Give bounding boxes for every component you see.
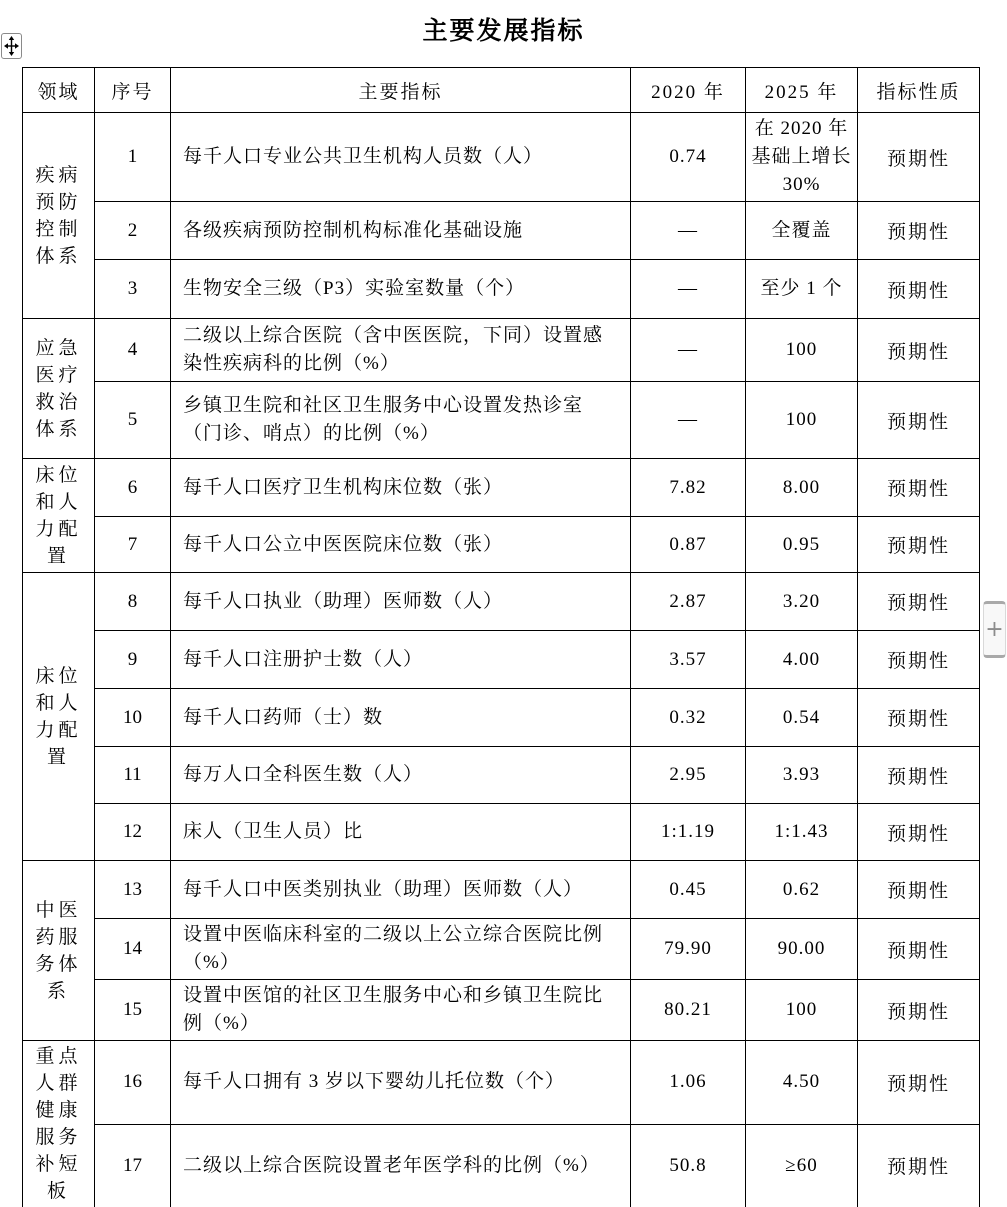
value-2020-cell: 1:1.19 [631, 804, 746, 861]
table-row: 2各级疾病预防控制机构标准化基础设施—全覆盖预期性 [23, 202, 980, 260]
value-2025-cell: 至少 1 个 [746, 260, 858, 319]
nature-cell: 预期性 [858, 517, 980, 573]
value-2020-cell: 0.45 [631, 861, 746, 919]
table-row: 14设置中医临床科室的二级以上公立综合医院比例（%）79.9090.00预期性 [23, 919, 980, 980]
table-row: 17二级以上综合医院设置老年医学科的比例（%）50.8≥60预期性 [23, 1124, 980, 1207]
value-2020-cell: — [631, 202, 746, 260]
domain-cell: 床位和人力配置 [23, 573, 95, 861]
nature-cell: 预期性 [858, 113, 980, 202]
domain-cell: 重点人群健康服务补短板 [23, 1041, 95, 1207]
table-row: 15设置中医馆的社区卫生服务中心和乡镇卫生院比例（%）80.21100预期性 [23, 980, 980, 1041]
domain-cell: 应急医疗救治体系 [23, 319, 95, 459]
indicator-cell: 生物安全三级（P3）实验室数量（个） [171, 260, 631, 319]
value-2025-cell: 100 [746, 382, 858, 459]
serial-cell: 8 [95, 573, 171, 631]
nature-cell: 预期性 [858, 202, 980, 260]
serial-cell: 15 [95, 980, 171, 1041]
header-row: 领域序号主要指标2020 年2025 年指标性质 [23, 68, 980, 113]
indicator-cell: 乡镇卫生院和社区卫生服务中心设置发热诊室（门诊、哨点）的比例（%） [171, 382, 631, 459]
indicator-cell: 每千人口执业（助理）医师数（人） [171, 573, 631, 631]
value-2025-cell: 在 2020 年基础上增长 30% [746, 113, 858, 202]
nature-cell: 预期性 [858, 919, 980, 980]
column-header: 2025 年 [746, 68, 858, 113]
value-2025-cell: 0.95 [746, 517, 858, 573]
value-2020-cell: 0.74 [631, 113, 746, 202]
serial-cell: 6 [95, 459, 171, 517]
nature-cell: 预期性 [858, 631, 980, 689]
nature-cell: 预期性 [858, 382, 980, 459]
indicator-cell: 每千人口医疗卫生机构床位数（张） [171, 459, 631, 517]
table-row: 应急医疗救治体系4二级以上综合医院（含中医医院，下同）设置感染性疾病科的比例（%… [23, 319, 980, 382]
page-title: 主要发展指标 [0, 14, 1007, 48]
table-row: 9每千人口注册护士数（人）3.574.00预期性 [23, 631, 980, 689]
indicator-cell: 每千人口中医类别执业（助理）医师数（人） [171, 861, 631, 919]
table-row: 3生物安全三级（P3）实验室数量（个）—至少 1 个预期性 [23, 260, 980, 319]
value-2025-cell: 100 [746, 319, 858, 382]
nature-cell: 预期性 [858, 689, 980, 747]
table-row: 床位和人力配置6每千人口医疗卫生机构床位数（张）7.828.00预期性 [23, 459, 980, 517]
serial-cell: 11 [95, 747, 171, 804]
serial-cell: 2 [95, 202, 171, 260]
value-2025-cell: 4.50 [746, 1041, 858, 1125]
serial-cell: 10 [95, 689, 171, 747]
indicator-cell: 二级以上综合医院（含中医医院，下同）设置感染性疾病科的比例（%） [171, 319, 631, 382]
serial-cell: 9 [95, 631, 171, 689]
column-header: 领域 [23, 68, 95, 113]
value-2020-cell: 2.87 [631, 573, 746, 631]
table-row: 12床人（卫生人员）比1:1.191:1.43预期性 [23, 804, 980, 861]
indicator-cell: 设置中医馆的社区卫生服务中心和乡镇卫生院比例（%） [171, 980, 631, 1041]
domain-cell: 疾病预防控制体系 [23, 113, 95, 319]
indicator-cell: 每万人口全科医生数（人） [171, 747, 631, 804]
value-2020-cell: — [631, 319, 746, 382]
domain-cell: 中医药服务体系 [23, 861, 95, 1041]
serial-cell: 7 [95, 517, 171, 573]
serial-cell: 4 [95, 319, 171, 382]
nature-cell: 预期性 [858, 260, 980, 319]
value-2025-cell: 4.00 [746, 631, 858, 689]
table-row: 中医药服务体系13每千人口中医类别执业（助理）医师数（人）0.450.62预期性 [23, 861, 980, 919]
serial-cell: 13 [95, 861, 171, 919]
serial-cell: 5 [95, 382, 171, 459]
table-row: 5乡镇卫生院和社区卫生服务中心设置发热诊室（门诊、哨点）的比例（%）—100预期… [23, 382, 980, 459]
value-2020-cell: 2.95 [631, 747, 746, 804]
serial-cell: 16 [95, 1041, 171, 1125]
indicator-cell: 设置中医临床科室的二级以上公立综合医院比例（%） [171, 919, 631, 980]
nature-cell: 预期性 [858, 804, 980, 861]
indicator-cell: 床人（卫生人员）比 [171, 804, 631, 861]
nature-cell: 预期性 [858, 1124, 980, 1207]
value-2020-cell: — [631, 260, 746, 319]
value-2025-cell: ≥60 [746, 1124, 858, 1207]
column-header: 序号 [95, 68, 171, 113]
value-2025-cell: 1:1.43 [746, 804, 858, 861]
column-header: 主要指标 [171, 68, 631, 113]
indicator-cell: 每千人口拥有 3 岁以下婴幼儿托位数（个） [171, 1041, 631, 1125]
indicator-cell: 每千人口专业公共卫生机构人员数（人） [171, 113, 631, 202]
nature-cell: 预期性 [858, 319, 980, 382]
column-header: 2020 年 [631, 68, 746, 113]
indicator-cell: 各级疾病预防控制机构标准化基础设施 [171, 202, 631, 260]
plus-icon: + [985, 619, 1003, 641]
value-2020-cell: 0.87 [631, 517, 746, 573]
serial-cell: 12 [95, 804, 171, 861]
value-2020-cell: 7.82 [631, 459, 746, 517]
indicators-table: 领域序号主要指标2020 年2025 年指标性质 疾病预防控制体系1每千人口专业… [22, 67, 980, 1207]
serial-cell: 14 [95, 919, 171, 980]
value-2025-cell: 3.20 [746, 573, 858, 631]
value-2020-cell: 3.57 [631, 631, 746, 689]
nature-cell: 预期性 [858, 861, 980, 919]
serial-cell: 3 [95, 260, 171, 319]
zoom-in-button[interactable]: + [983, 601, 1006, 658]
column-header: 指标性质 [858, 68, 980, 113]
value-2020-cell: 0.32 [631, 689, 746, 747]
serial-cell: 17 [95, 1124, 171, 1207]
value-2025-cell: 0.62 [746, 861, 858, 919]
serial-cell: 1 [95, 113, 171, 202]
value-2025-cell: 8.00 [746, 459, 858, 517]
indicator-cell: 每千人口药师（士）数 [171, 689, 631, 747]
table-row: 11每万人口全科医生数（人）2.953.93预期性 [23, 747, 980, 804]
nature-cell: 预期性 [858, 1041, 980, 1125]
nature-cell: 预期性 [858, 747, 980, 804]
value-2025-cell: 0.54 [746, 689, 858, 747]
nature-cell: 预期性 [858, 459, 980, 517]
table-row: 重点人群健康服务补短板16每千人口拥有 3 岁以下婴幼儿托位数（个）1.064.… [23, 1041, 980, 1125]
nature-cell: 预期性 [858, 980, 980, 1041]
domain-cell: 床位和人力配置 [23, 459, 95, 573]
table-row: 10每千人口药师（士）数0.320.54预期性 [23, 689, 980, 747]
indicator-cell: 每千人口注册护士数（人） [171, 631, 631, 689]
indicator-cell: 每千人口公立中医医院床位数（张） [171, 517, 631, 573]
value-2025-cell: 全覆盖 [746, 202, 858, 260]
value-2020-cell: — [631, 382, 746, 459]
table-row: 7每千人口公立中医医院床位数（张）0.870.95预期性 [23, 517, 980, 573]
value-2020-cell: 1.06 [631, 1041, 746, 1125]
value-2025-cell: 90.00 [746, 919, 858, 980]
nature-cell: 预期性 [858, 573, 980, 631]
value-2020-cell: 79.90 [631, 919, 746, 980]
value-2020-cell: 50.8 [631, 1124, 746, 1207]
indicator-cell: 二级以上综合医院设置老年医学科的比例（%） [171, 1124, 631, 1207]
table-row: 疾病预防控制体系1每千人口专业公共卫生机构人员数（人）0.74在 2020 年基… [23, 113, 980, 202]
table-row: 床位和人力配置8每千人口执业（助理）医师数（人）2.873.20预期性 [23, 573, 980, 631]
value-2025-cell: 100 [746, 980, 858, 1041]
value-2020-cell: 80.21 [631, 980, 746, 1041]
value-2025-cell: 3.93 [746, 747, 858, 804]
